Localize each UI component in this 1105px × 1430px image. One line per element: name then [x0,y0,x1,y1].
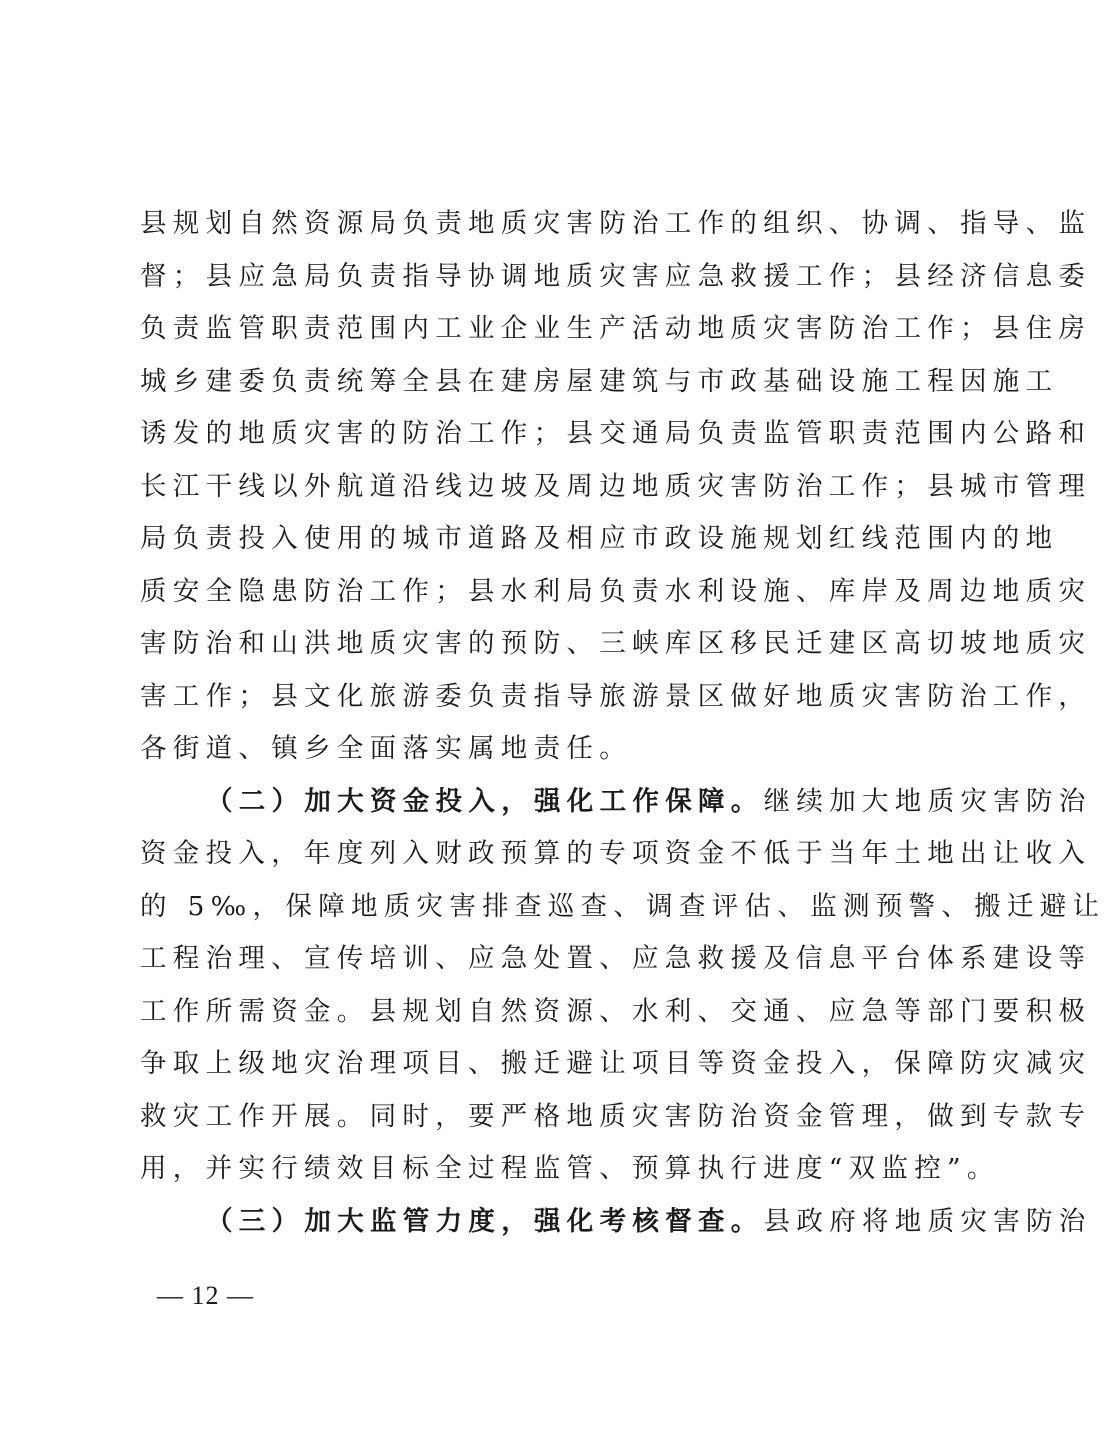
text-line: 城乡建委负责统筹全县在建房屋建筑与市政基础设施工程因施工 [140,356,967,409]
text-line: 的 5‰，保障地质灾害排查巡查、调查评估、监测预警、搬迁避让、 [140,881,967,934]
text-line: 害工作；县文化旅游委负责指导旅游景区做好地质灾害防治工作， [140,671,967,724]
section-heading: （二）加大资金投入，强化工作保障。 [206,786,764,817]
text-line: 质安全隐患防治工作；县水利局负责水利设施、库岸及周边地质灾 [140,566,967,619]
text-line: 局负责投入使用的城市道路及相应市政设施规划红线范围内的地 [140,513,967,566]
text-line: 资金投入，年度列入财政预算的专项资金不低于当年土地出让收入 [140,828,967,881]
text-run: 继续加大地质灾害防治 [764,786,1092,817]
text-line: 争取上级地灾治理项目、搬迁避让项目等资金投入，保障防灾减灾 [140,1038,967,1091]
section-heading: （三）加大监管力度，强化考核督查。 [206,1206,764,1237]
paragraph-section-3: （三）加大监管力度，强化考核督查。县政府将地质灾害防治 [140,1196,967,1249]
text-line: 诱发的地质灾害的防治工作；县交通局负责监管职责范围内公路和 [140,408,967,461]
text-line: 县规划自然资源局负责地质灾害防治工作的组织、协调、指导、监 [140,198,967,251]
text-line: 工作所需资金。县规划自然资源、水利、交通、应急等部门要积极 [140,986,967,1039]
document-page: 县规划自然资源局负责地质灾害防治工作的组织、协调、指导、监 督；县应急局负责指导… [0,0,1105,1430]
text-line: 工程治理、宣传培训、应急处置、应急救援及信息平台体系建设等 [140,933,967,986]
text-run: 县政府将地质灾害防治 [764,1206,1092,1237]
text-line: 各街道、镇乡全面落实属地责任。 [140,723,967,776]
text-line: 督；县应急局负责指导协调地质灾害应急救援工作；县经济信息委 [140,251,967,304]
section-heading-line: （二）加大资金投入，强化工作保障。继续加大地质灾害防治 [140,776,967,829]
text-line: 用，并实行绩效目标全过程监管、预算执行进度“双监控”。 [140,1143,967,1196]
section-heading-line: （三）加大监管力度，强化考核督查。县政府将地质灾害防治 [140,1196,967,1249]
paragraph-responsibilities: 县规划自然资源局负责地质灾害防治工作的组织、协调、指导、监 督；县应急局负责指导… [140,198,967,776]
text-line: 负责监管职责范围内工业企业生产活动地质灾害防治工作；县住房 [140,303,967,356]
document-body: 县规划自然资源局负责地质灾害防治工作的组织、协调、指导、监 督；县应急局负责指导… [140,198,967,1248]
paragraph-section-2: （二）加大资金投入，强化工作保障。继续加大地质灾害防治 资金投入，年度列入财政预… [140,776,967,1196]
text-line: 害防治和山洪地质灾害的预防、三峡库区移民迁建区高切坡地质灾 [140,618,967,671]
text-line: 救灾工作开展。同时，要严格地质灾害防治资金管理，做到专款专 [140,1091,967,1144]
text-line: 长江干线以外航道沿线边坡及周边地质灾害防治工作；县城市管理 [140,461,967,514]
page-number: — 12 — [157,1278,254,1314]
